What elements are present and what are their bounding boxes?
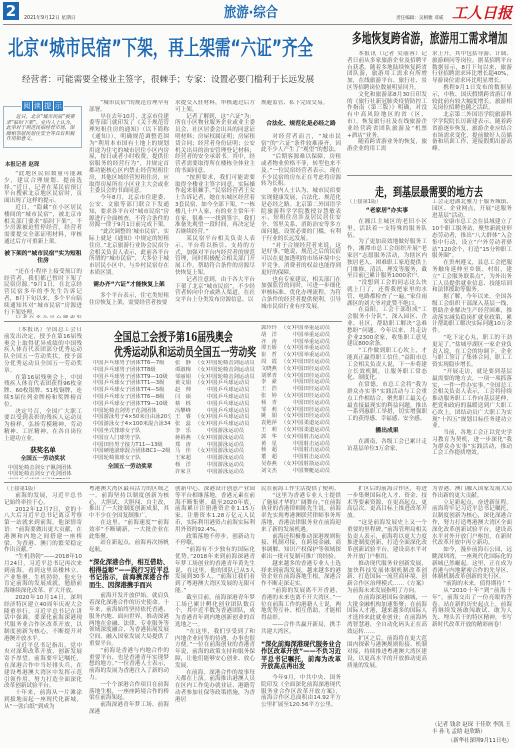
paragraph: 在前海深港国际金融城，一大批金融机构加速集聚；在前海国际人才港，越来越多的国际人… [347, 595, 427, 636]
athlete-gender [195, 455, 207, 462]
athlete-gender: （女） [281, 461, 293, 468]
paragraph: 扩区后的前海合作区，将进一步集聚国际化人才、资金、技术等要素资源，在更高起点、更… [347, 486, 427, 520]
qianhai-column-1: （上接第1版） 前海的发展，习近平总书记始终牵挂于心。 2012年12月7日，党… [4, 486, 82, 746]
paralympic-column-4: 郭玲玲（女）中国举重运动员 胡 洋中国举重运动员 齐 涛中国举重运动员 谭玉娇（… [261, 325, 343, 479]
athlete-role: 中国举重运动员 [293, 332, 343, 339]
athlete-row: 王 莉（女）中国柔道运动员 [261, 427, 343, 434]
athlete-name: 郭 华 [261, 434, 281, 441]
paragraph: 在益阳，工会干部组成“工会服务小分队”，深入园区、企业、社区，帮助职工解决“急难… [347, 307, 427, 348]
grassroots-column-2: 工会走进湖北雅力于服务城镇、园区、企业网点，开展“送服务进基层”活动。 安康市总… [432, 199, 512, 479]
athlete-gender [281, 468, 293, 475]
team-item: 中国坐式排球女子队 [89, 428, 171, 435]
team-item: 中国乒乓球女子团体TT6—8级 [89, 394, 171, 401]
travel-jobs-column-2: 求上升，其中包括导游、计调、旅游顾问等岗位。据某招聘平台数据显示，8月下旬以来，… [432, 51, 512, 172]
athlete-name: 董 超 [261, 454, 281, 461]
paragraph: 据了解，今年以来，全国各级工会组织干部深入基层一线，帮助企业解决生产经营困难，推… [432, 294, 512, 335]
athlete-role: 中国乒乓球运动员 [207, 394, 257, 401]
athlete-name: 蔡 栎 [175, 401, 195, 408]
paragraph: 从“2010十年”到“前海十年”，前海交出了一份亮眼的答卷。站在新的历史起点上，… [432, 588, 512, 629]
paragraph: “这里为香港专业人士提供了施展才华的广阔舞台。”在前海执业的香港律师陈先生说，前… [261, 493, 341, 534]
grassroots-headline: 走，到基层最需要的地方去 [347, 181, 512, 200]
athlete-name: 文晓燕 [261, 366, 281, 373]
team-item: 中国游泳女子4×100米混合泳34分 [89, 421, 171, 428]
byline: 本报记者 赵琛 [5, 162, 39, 168]
athlete-name: 吴春燕 [261, 461, 281, 468]
qianhai-column-6: 为香港、澳门融入国家发展大局作出新的更大贡献。 立足新起点，奋进新征程。前海将牢… [432, 486, 512, 720]
athlete-name: 蒋裕燕 [175, 435, 195, 442]
continued-from-label: （上接第1版） [4, 486, 82, 493]
athlete-gender: （女） [195, 380, 207, 387]
travel-jobs-headline: 多地恢复跨省游，旅游用工需求增加 [352, 31, 508, 47]
athlete-row: 袁艳萍（女）中国柔道运动员 [261, 420, 343, 427]
paragraph: 记者在多个平台搜索发现，目前北京城区的民宿房源已大幅减少，仅有少量郊区的乡村民宿… [4, 316, 82, 318]
travel-jobs-column-1: 本报讯（记者 吴丽蓉）记者日前从多家旅游企业及招聘平台获悉，随着多地陆续恢复跨省… [347, 51, 427, 172]
athlete-gender: （女） [281, 366, 293, 373]
athlete-name: 王家超 [175, 455, 195, 462]
continued-from-label: （上接第1版） [347, 199, 427, 206]
section-title: 旅游·综合 [224, 5, 278, 21]
paragraph: 求提交入驻材料，审核通过后方可上架。 [175, 100, 255, 114]
paragraph: “此地区民宿数量可能减少，建议合理规划、提前选择。”近日，记者在某民宿预订平台搜… [4, 171, 82, 205]
athlete-gender [195, 428, 207, 435]
subheading: 播出成果 [347, 428, 427, 435]
paragraph: 求上升，其中包括导游、计调、旅游顾问等岗位。据某招聘平台数据显示，8月下旬以来，… [432, 51, 512, 85]
reading-tip-title: 阅 读 提 示 [21, 101, 64, 111]
athlete-row: 张 蕊（女）中国乒乓球运动员 [175, 421, 257, 428]
award-category-title: 全国五一劳动奖状 [4, 456, 82, 463]
paralympic-column-1: （本报讯）全国总工会日前发出决定，授予在第16届残奥会上取得优异成绩的中国残疾人… [4, 327, 82, 479]
paragraph: 前海的发展，习近平总书记始终牵挂于心。 [4, 493, 82, 507]
main-article-column-3: 求提交入驻材料，审核通过后方可上架。 记者了解到，这“六证”为：所在小区物业服务… [175, 100, 255, 318]
athlete-row: 张 静（女）中国轮椅击剑运动员 [175, 360, 257, 367]
paralympic-column-2: 中国乒乓球男子团体TT6—7级 中国乒乓球男子团体TT8级 中国乒乓球男子团体T… [89, 360, 171, 479]
athlete-role: 中国射箭运动员 [293, 461, 343, 468]
team-item: 中国轮椅篮球女子队 [89, 455, 171, 462]
athlete-role: 中国游泳运动员 [207, 428, 257, 435]
main-headline: 北京“城市民宿”下架，再上架需“六证”齐全 [8, 36, 313, 60]
athlete-name: 杨 洋 [175, 462, 195, 469]
reading-tip-chip: 示 [54, 101, 64, 111]
paragraph: 也有专家建议，相关部门在加强监管的同时，可进一步细化审核标准、优化办理流程，为符… [261, 277, 341, 311]
paragraph: “吃下定心丸，职工的干劲更足了。”盐城亭湖区一家企业负责人说，在工会的协调下，企… [432, 335, 512, 369]
athlete-gender: （女） [281, 359, 293, 366]
paragraph: 如今，漫步前海石公园，远眺深圳湾，一座现代化国际化的新城已然崛起。这里，正在成为… [432, 547, 512, 581]
paragraph: 粤港澳大湾区最具活力的区域之一。前海坚持以制度创新为核心，大胆试、大胆闯、自主改… [89, 486, 169, 520]
paragraph: 安康市总工会在县域建立了10个职工服务站，聚焦新就业形态劳动者，推出“八大群体”… [432, 219, 512, 260]
reporter-credits: （记者 钱余 赵琛 于佳欣 李凯 王丰 孙飞 孟晗 赵欣路） [432, 722, 512, 736]
paragraph: “工作做到职工心坎上，才能真正赢得职工信任。”益阳市总工会相关负责人说，下一步将… [347, 348, 427, 382]
athlete-name: 刘文杰 [261, 468, 281, 475]
athlete-gender: （女） [281, 420, 293, 427]
paragraph: 近日，“隐藏”在小区居民楼间的“城市民宿”，被北京市相关部门要求“临时下架”。不… [4, 205, 82, 246]
paragraph: “此次调整的‘城市民宿’，实际上就是《通知》中规定的短租住房。”北京旅游行业协会… [89, 229, 169, 277]
athlete-role: 中国轮椅击剑运动员 [207, 367, 257, 374]
athlete-gender: （女） [195, 421, 207, 428]
paragraph: 在第16届残奥会上，中国残疾人体育代表团获得96枚金牌、60枚银牌、51枚铜牌，… [4, 375, 82, 409]
athlete-role: 中国举重运动员 [293, 325, 343, 332]
paragraph: “没想到工会的同志这么快就上门了，还帮我把家里的水管、电路都检查了一遍。”家住雨… [347, 280, 427, 307]
paragraph: 在贵州遵义，县总工会把服务触角延伸至乡镇、村组，建立“工会服务联系点”，为外出务… [432, 260, 512, 294]
athlete-row: 刘文杰中国赛艇运动员 [261, 468, 343, 475]
paragraph: （本报讯）全国总工会日前发出决定，授予在第16届残奥会上取得优异成绩的中国残疾人… [4, 327, 82, 375]
athlete-row: 吴春燕（女）中国射箭运动员 [261, 461, 343, 468]
paralympic-column-3: 张 静（女）中国轮椅击剑运动员 谭淑梅（女）中国轮椅击剑运动员 邹丽娟（女）中国… [175, 360, 257, 479]
athlete-gender: （女） [281, 393, 293, 400]
paragraph: 记者注意到，由于各大平台下架了北京“城市民宿”，不少经营者转向中介或熟人渠道，在… [175, 277, 255, 304]
paragraph: “生机勃勃”——2018年10月24日，习近平总书记再次来到前海，看到这里高楼林… [4, 554, 82, 595]
paragraph: 对经营者而言，“城市民宿”的“六证”条件较难凑齐，因此不少人产生了“观望”的想法… [261, 134, 341, 154]
paragraph: 截至目前，前海深港青年梦工场已累计孵化创业团队数百个，其中近半数为香港团队，成为… [175, 595, 255, 629]
athlete-role: 中国赛艇运动员 [293, 468, 343, 475]
qianhai-column-2: 粤港澳大湾区最具活力的区域之一。前海坚持以制度创新为核心，大胆试、大胆闯、自主改… [89, 486, 169, 746]
athlete-row: 王家超中国游泳运动员 [175, 455, 257, 462]
athlete-name: 赵 帅 [175, 387, 195, 394]
paragraph: 习近平总书记指出，党中央对深圳改革开放、创新发展寄予厚望。前海要牢记嘱托，在深港… [4, 643, 82, 691]
athlete-role: 中国田径运动员 [293, 366, 343, 373]
athlete-gender [195, 401, 207, 408]
athlete-row: 文晓燕（女）中国田径运动员 [261, 366, 343, 373]
subheading: 合法化、规范化是必经之路 [261, 121, 341, 128]
paragraph: 站在新起点，前海再次扬帆起航。 [89, 540, 169, 554]
paragraph: 在常德，市总工会将“我为群众办实事”实践活动与工会重点工作相结合，聚焦职工最关心… [347, 382, 427, 423]
paragraph: 前海还积极推动深港规则衔接、机制对接，在跨境金融、商事调解、知识产权保护等领域探… [261, 534, 341, 561]
paragraph: “前海的未来，值得期待！” [432, 581, 512, 588]
paragraph: 规避监管、私下完成交易。 [261, 100, 341, 107]
subheading: 被下架的“城市民宿”实为短租住房 [4, 251, 82, 265]
athlete-gender: （女） [281, 434, 293, 441]
athlete-name: 张 婷 [261, 393, 281, 400]
dateline: （新华社深圳9月11日电） [432, 738, 512, 745]
athlete-gender [195, 462, 207, 469]
athlete-gender: （女） [195, 367, 207, 374]
paragraph: 为了更加高效地做好服务工作，湘潭市总工会组织开展“老家居”志愿服务活动，为辖区内… [347, 239, 427, 280]
athlete-gender [195, 394, 207, 401]
team-item: 中国乒乓球女子团体TT9—10级 [89, 401, 171, 408]
paragraph: 创新中心、深港设计创意产业园等平台相继落地，香港元素在前海不断集聚。截至2020… [175, 486, 255, 534]
reading-tip-chip: 提 [43, 101, 53, 111]
editors-credit: 责任编辑：吴相雅 邓威 [396, 16, 443, 22]
athlete-role: 中国田径运动员 [293, 359, 343, 366]
athlete-row: 周 霞（女）中国田径运动员 [261, 359, 343, 366]
paragraph: “城市民宿”的规范管理早有部署。 [89, 100, 169, 114]
subheading: 需办齐“六证”才能恢复上架 [89, 282, 169, 289]
athlete-row: 李 乐中国游泳运动员 [175, 428, 257, 435]
athlete-role: 中国游泳运动员 [207, 435, 257, 442]
athlete-role: 中国轮椅击剑运动员 [207, 360, 257, 367]
athlete-role: 中国乒乓球运动员 [207, 401, 257, 408]
paragraph: 政策落地不停步，创新动力不停歇。 [175, 534, 255, 548]
athlete-row: 赵 帅中国乒乓球运动员 [175, 387, 257, 394]
athlete-role: 中国射击运动员 [293, 434, 343, 441]
paragraph: “还在小程序上接受预订的经营者，我们都已暂时下架了民宿房源。”9月1日，在北京经… [4, 269, 82, 317]
athlete-gender [281, 454, 293, 461]
athlete-name: 王 莉 [261, 427, 281, 434]
team-item: 中国乒乓球男子团体TT8级 [89, 367, 171, 374]
athlete-role: 中国田径运动员 [293, 400, 343, 407]
athlete-row: 郭 华（女）中国射击运动员 [261, 434, 343, 441]
award-category-title: 全国五一劳动奖章 [89, 464, 171, 471]
paragraph: 前海深港青年梦工场、前海深港 [89, 702, 169, 716]
athlete-role: 中国游泳运动员 [207, 462, 257, 469]
team-item: 中国盲人门球男子队 [89, 435, 171, 442]
athlete-row: 崔 哲（女）中国举重运动员 [261, 352, 343, 359]
award-list-title: 获奖名单 [4, 447, 82, 454]
grassroots-column-1: （上接第1版） “老家居”办实事 在湘江主城区的老旧小区里，活跃着一支特殊的服务… [347, 199, 427, 479]
athlete-row: 蔡 栎中国乒乓球运动员 [175, 401, 257, 408]
paragraph: 北京第二外国语学院旅游科学学院院长厉新建表示，随着跨省游逐步恢复，旅游企业应结合… [432, 112, 512, 153]
athlete-role: 中国柔道运动员 [293, 427, 343, 434]
reading-tip-text: 近日，北京“城市民宿”被要求“临时下架”。业内人士认为，此举对于规范民宿经营市场… [6, 115, 79, 143]
athlete-name: 杨 青 [261, 400, 281, 407]
athlete-row: 郭玲玲（女）中国举重运动员 [261, 325, 343, 332]
athlete-gender: （女） [281, 352, 293, 359]
main-article-column-1: “此地区民宿数量可能减少，建议合理规划、提前选择。”近日，记者在某民宿预订平台搜… [4, 171, 82, 318]
paragraph: 在湘江主城区的老旧小区里，活跃着一支特殊的服务队伍。 [347, 219, 427, 239]
athlete-role: 中国柔道运动员 [293, 420, 343, 427]
paragraph: 文化和旅游部8月30日印发的《旅行社新冠肺炎疫情防控工作指南（第三版）》明确，对… [347, 92, 427, 140]
paragraph: 民在前海工作生活提供了便利。 [261, 486, 341, 493]
article-divider [4, 321, 342, 322]
athlete-name: 李 乐 [175, 428, 195, 435]
athlete-row: 杨 洋中国游泳运动员 [175, 462, 257, 469]
paragraph: 某民宿平台相关负责人表示，平台将以指引、支持的方式，加强对平台内经营者的规范管理… [175, 236, 255, 277]
team-item: 中国乒乓球男子团体TT3级 [4, 478, 82, 479]
paragraph: 多个平台表示，住宅类短租住房恢复上架，需要经营者按要 [89, 293, 169, 307]
paragraph: 推动现代服务业创新发展、加快科技发展体制机制改革创新、打造国际一流营商环境、创新… [347, 561, 427, 595]
athlete-name: 胡 洋 [261, 332, 281, 339]
paragraph: “前海有不少独有的国际化优势。”2018年来到前海深港青年梦工场创业的香港青年黄… [175, 547, 255, 595]
athlete-role: 中国射击运动员 [293, 454, 343, 461]
athlete-gender [281, 379, 293, 386]
paragraph: 在湖南，各级工会已累计走访基层单位3万余家， [347, 439, 427, 453]
athlete-row: 董 超中国射击运动员 [261, 454, 343, 461]
athlete-row: 闫 硕中国乒乓球运动员 [175, 394, 257, 401]
article-divider [4, 482, 512, 483]
athlete-gender [281, 332, 293, 339]
headline-text: 优秀运动队和运动员全国五一劳动奖 [114, 345, 256, 360]
athlete-gender [195, 387, 207, 394]
athlete-gender: （女） [281, 373, 293, 380]
paragraph: 越来越多的香港专业人士选择来到前海发展，越来越多的港资企业在前海落地生根，深港合… [261, 561, 341, 588]
athlete-gender: （女） [195, 448, 207, 455]
paragraph: 十年来，前海从一片滩涂到拔地而起一座现代化新城，从“一张白纸”到成为 [4, 690, 82, 710]
athlete-gender [195, 469, 207, 476]
athlete-role: 中国乒乓球运动员 [207, 387, 257, 394]
athlete-name: 闫 硕 [175, 394, 195, 401]
athlete-name: 张 蕊 [175, 421, 195, 428]
main-article-column-2: “城市民宿”的规范管理早有部署。 早在去年10月，北京市住建委等部门就印发了《关… [89, 100, 169, 318]
paragraph: “对于合规经营者来说，这是好事。”她说，规范之后的民宿可以在更加透明的市场环境中… [261, 243, 341, 277]
newspaper-page: 2 2021年9月12日 星期日 旅游·综合 责任编辑：吴相雅 邓威 工人日报 … [0, 0, 515, 748]
athlete-name: 郭玲玲 [261, 325, 281, 332]
paragraph: 扩区之后，前海将在更大范围内探索与港澳规则衔接、机制对接，持续推进粤港澳大湾区建… [347, 636, 427, 670]
athlete-gender [281, 400, 293, 407]
paragraph: 早在去年10月，北京市住建委等部门就印发了《关于规范管理短租住房的通知》（以下简… [89, 114, 169, 196]
paragraph: 一个个深港合作项目在前海落地生根，一座座跨境合作的桥梁在前海架起。 [89, 682, 169, 702]
athlete-row: 谭淑梅（女）中国轮椅击剑运动员 [175, 367, 257, 374]
athlete-name: 王 浩 [261, 386, 281, 393]
athlete-name: 崔 哲 [261, 352, 281, 359]
reading-tip-chip: 阅 [22, 101, 32, 111]
paragraph: “这是前海发展史上又一个重要的里程碑。”前海管理局相关负责人表示，前海将以更大力… [347, 520, 427, 561]
athlete-gender [281, 441, 293, 448]
qianhai-column-3: 创新中心、深港设计创意产业园等平台相继落地，香港元素在前海不断集聚。截至2020… [175, 486, 255, 746]
athlete-role: 中国田径运动员 [293, 386, 343, 393]
paragraph: 业内人士认为，城市民宿要实现健康发展，合法化、规范化是必经之路。北京第二外国语学… [261, 188, 341, 242]
paragraph: ——合作共赢开新局，携手共建大湾区。 [261, 622, 341, 636]
newspaper-logo: 工人日报 [452, 4, 512, 22]
header-divider [3, 24, 512, 25]
paragraph: 在前海，深港合作的故事每天都在上演。前海推出港澳人员在区内工作免办就业证、港籍劳… [175, 670, 255, 704]
team-item: 中国乒乓球女子团体TT4—5级 [89, 387, 171, 394]
athlete-role: 中国乒乓球运动员 [207, 421, 257, 428]
article-divider [347, 175, 512, 176]
athlete-name: 袁艳萍 [261, 420, 281, 427]
athlete-gender: （女） [195, 360, 207, 367]
paragraph: 在这里，“前海速度”“前海效率”不断刷新，一大批企业在此集聚。 [89, 520, 169, 540]
athlete-row: 杨 青中国田径运动员 [261, 400, 343, 407]
athlete-name: 许家卫 [175, 469, 195, 476]
athlete-role: 中国游泳运动员 [207, 455, 257, 462]
paragraph: 立足新起点，奋进新征程。前海将牢记习近平总书记嘱托，以制度创新为核心，深化深港合… [432, 500, 512, 548]
athlete-gender [281, 447, 293, 454]
athlete-gender: （女） [281, 325, 293, 332]
subheading: “深化前海深港现代服务业合作区改革开放”——不负习近平总书记嘱托，前海为改革开放… [261, 641, 341, 671]
paragraph: “后期客源难以保障，房租或者物业价格不菲，转型也来不及。”一位民宿经营者表示，现… [261, 154, 341, 188]
main-article-column-4: 规避监管、私下完成交易。 合法化、规范化是必经之路 对经营者而言，“城市民宿”的… [261, 100, 341, 318]
paragraph: “按照要求，我们可能需要取得全楼业主签字同意，实际操作起来很棘手。”民宿经营者王… [175, 175, 255, 236]
athlete-row: 王 浩中国田径运动员 [261, 386, 343, 393]
paragraph: 决定号召，全国广大职工要以受到表彰的残疾人运动员为榜样，弘扬劳模精神、劳动精神、… [4, 409, 82, 443]
paragraph: 当前，各地工会正以党史学习教育为契机，进一步深化“我为群众办实事”实践活动，推动… [432, 430, 512, 457]
athlete-name: 周 霞 [261, 359, 281, 366]
athlete-role: 中国游泳运动员 [207, 469, 257, 476]
paragraph: 前海开发开放伊始，就肩负着深化深港合作的历史使命。十年来，前海始终坚持依托香港、… [89, 593, 169, 647]
athlete-row: 张 婷（女）中国田径运动员 [261, 393, 343, 400]
paragraph: 2020年10月14日，深圳经济特区建立40周年庆祝大会隆重举行。习近平总书记在… [4, 595, 82, 643]
athlete-row: 蒋裕燕（女）中国游泳运动员 [175, 435, 257, 442]
athlete-name: 张 静 [175, 360, 195, 367]
paragraph: 记者了解到，这“六证”为：所在小区物业服务企业或业主委员会、社区居委会出具的同意… [175, 114, 255, 175]
paragraph: “前海是香港与内地合作的重要平台，也是香港青年实现梦想的地方。”一位香港人士表示… [89, 648, 169, 682]
paragraph: 为香港、澳门融入国家发展大局作出新的更大贡献。 [432, 486, 512, 500]
subheading: “老家居”办实事 [347, 208, 427, 215]
team-item: 中国乒乓球男子团体TT6—7级 [89, 360, 171, 367]
paragraph: 2012年12月7日，党的十八大后习近平总书记离京考察第一站就来到前海。他深情寄… [4, 507, 82, 555]
reading-tip-chip: 读 [33, 101, 43, 111]
page-number-badge: 2 [3, 2, 19, 20]
paragraph: “前海的发展离不开香港，香港的未来也离不开大湾区。”一位在前海工作的港籍人士说，… [261, 588, 341, 622]
athlete-role: 中国田径运动员 [293, 393, 343, 400]
paragraph: 随着跨省游业务的恢复，旅游企业的用工需 [347, 139, 427, 153]
qianhai-column-4: 民在前海工作生活提供了便利。 “这里为香港专业人士提供了施展才华的广阔舞台。”在… [261, 486, 341, 746]
athlete-role: 中国举重运动员 [293, 352, 343, 359]
paralympic-headline-line-2: 优秀运动队和运动员全国五一劳动奖 [89, 341, 257, 360]
paragraph: 本报讯（记者 吴丽蓉）记者日前从多家旅游企业及招聘平台获悉，随着多地陆续恢复跨省… [347, 51, 427, 92]
qianhai-column-5: 扩区后的前海合作区，将进一步集聚国际化人才、资金、技术等要素资源，在更高起点、更… [347, 486, 427, 746]
athlete-gender: （女） [281, 427, 293, 434]
paragraph: “在这里，我们享受到了和内地企业同等的待遇，办事也很方便。”一位在前海创业的香港… [175, 629, 255, 670]
grassroots-headline-text: 走，到基层最需要的地方去 [375, 185, 483, 200]
paragraph: “开展走访，就是要到基层最需要的地方去，一项一项抓落实，一件一件办实事。”全国总… [432, 369, 512, 430]
main-subtitle: 经营者：可能需要全楼业主签字，很棘手；专家：设置必要门槛利于长远发展 [22, 75, 314, 86]
athlete-gender [281, 386, 293, 393]
athlete-gender: （女） [195, 435, 207, 442]
paragraph: 今年8月，北京市住建委、公安、文旅等部门联合下发通知，要求各平台对“城市民宿”房… [89, 195, 169, 229]
paragraph: 携程9月1日发布的数据显示，中秋、国庆假期跨省游订单较此前有较大幅度增长，旅游相… [432, 85, 512, 112]
subheading: “深化深港合作，相互借助、相得益彰”——践行习近平总书记指示，前海携深港合作而生… [89, 559, 169, 589]
athlete-name: 谭淑梅 [175, 367, 195, 374]
athlete-row: 许家卫中国游泳运动员 [175, 469, 257, 476]
issue-date: 2021年9月12日 星期日 [24, 16, 76, 22]
athlete-row: 胡 洋中国举重运动员 [261, 332, 343, 339]
paragraph: 工会走进湖北雅力于服务城镇、园区、企业网点，开展“送服务进基层”活动。 [432, 199, 512, 219]
paragraph: 今年9月，中共中央、国务院印发《全面深化前海深港现代服务业合作区改革开放方案》，… [261, 675, 341, 709]
